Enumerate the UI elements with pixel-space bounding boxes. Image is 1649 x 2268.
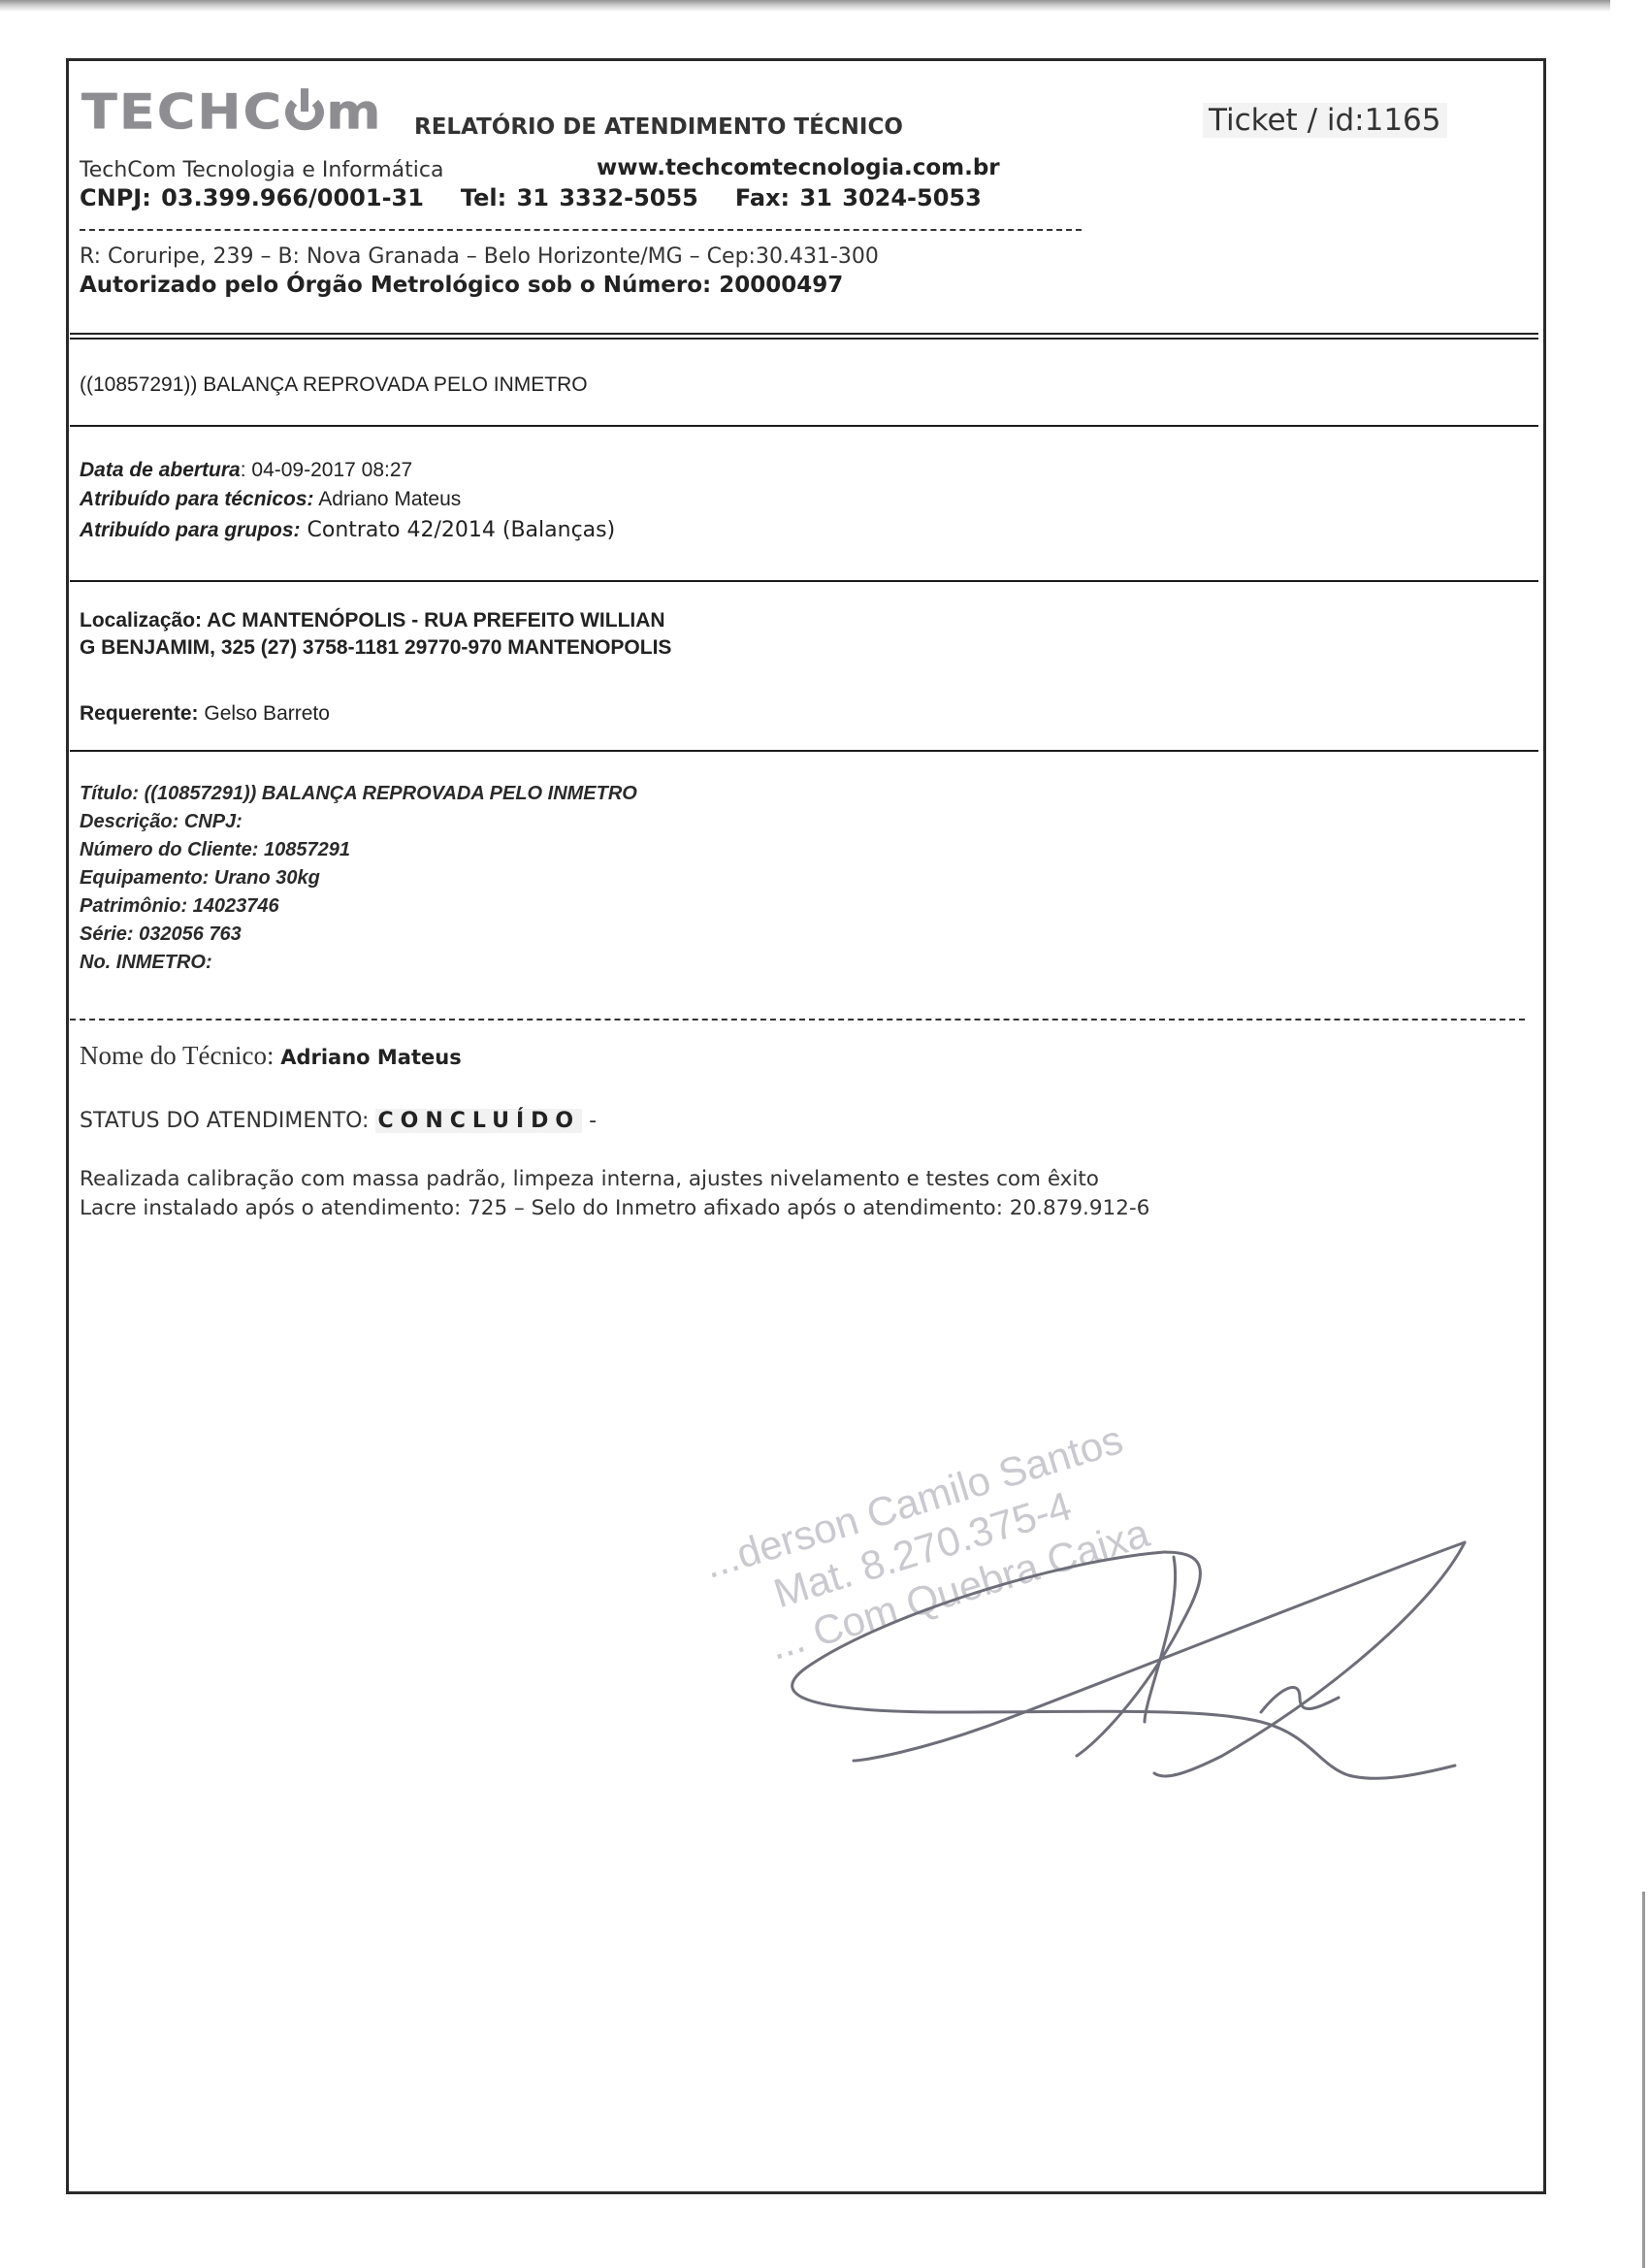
section-divider <box>70 750 1538 752</box>
location-line-1: Localização: AC MANTENÓPOLIS - RUA PREFE… <box>80 609 665 632</box>
scan-artifact-top <box>0 0 1610 12</box>
assigned-groups: Atribuído para grupos: Contrato 42/2014 … <box>80 518 615 542</box>
service-note-2: Lacre instalado após o atendimento: 725 … <box>80 1196 1149 1220</box>
dashed-divider <box>70 1019 1525 1021</box>
section-divider <box>70 425 1538 427</box>
company-tel: Tel: 31 3332-5055 <box>461 184 698 211</box>
company-fax: Fax: 31 3024-5053 <box>735 184 982 211</box>
company-address: R: Coruripe, 239 – B: Nova Granada – Bel… <box>80 244 879 269</box>
location-line-2: G BENJAMIM, 325 (27) 3758-1181 29770-970… <box>80 636 671 660</box>
ticket-id: Ticket / id:1165 <box>1203 103 1447 138</box>
detail-line: Equipamento: Urano 30kg <box>80 867 320 890</box>
assigned-technicians: Atribuído para técnicos: Adriano Mateus <box>80 488 461 511</box>
company-contacts: CNPJ: 03.399.966/0001-31Tel: 31 3332-505… <box>80 184 982 211</box>
company-name: TechCom Tecnologia e Informática <box>80 158 443 182</box>
company-website: www.techcomtecnologia.com.br <box>597 155 1000 180</box>
detail-line: Número do Cliente: 10857291 <box>80 839 350 861</box>
service-status: STATUS DO ATENDIMENTO: CONCLUÍDO - <box>80 1109 597 1133</box>
section-divider <box>70 580 1538 582</box>
detail-line: Título: ((10857291)) BALANÇA REPROVADA P… <box>80 783 637 805</box>
metrology-authorization: Autorizado pelo Órgão Metrológico sob o … <box>80 273 843 298</box>
technician-name: Nome do Técnico: Adriano Mateus <box>80 1041 462 1071</box>
scan-artifact-right <box>1642 1892 1645 2268</box>
service-note-1: Realizada calibração com massa padrão, l… <box>80 1167 1099 1191</box>
detail-line: Patrimônio: 14023746 <box>80 895 279 918</box>
status-badge: CONCLUÍDO <box>375 1109 582 1133</box>
header-double-divider <box>70 333 1538 340</box>
header-dashed-divider <box>80 229 1082 231</box>
detail-line: Descrição: CNPJ: <box>80 811 242 833</box>
company-cnpj: CNPJ: 03.399.966/0001-31 <box>80 184 424 211</box>
techcom-logo: TECHCm <box>81 84 382 141</box>
signature <box>757 1513 1474 1804</box>
ticket-subject: ((10857291)) BALANÇA REPROVADA PELO INME… <box>80 373 588 397</box>
requester: Requerente: Gelso Barreto <box>80 702 330 726</box>
opening-date: Data de abertura: 04-09-2017 08:27 <box>80 459 412 482</box>
detail-line: Série: 032056 763 <box>80 923 242 946</box>
detail-line: No. INMETRO: <box>80 952 212 974</box>
report-title: RELATÓRIO DE ATENDIMENTO TÉCNICO <box>414 114 903 140</box>
power-icon <box>285 95 324 131</box>
